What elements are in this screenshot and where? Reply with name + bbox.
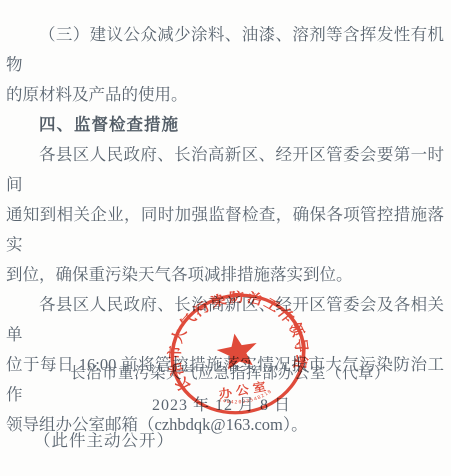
signature-date-line: 2023 年 12 月 8 日 bbox=[152, 392, 291, 415]
document-page: （三）建议公众减少涂料、油漆、溶剂等含挥发性有机物的原材料及产品的使用。四、监督… bbox=[0, 0, 451, 476]
disclosure-note: （此件主动公开） bbox=[34, 427, 174, 451]
document-line: 通知到相关企业，同时加强监督检查，确保各项管控措施落实 bbox=[6, 200, 444, 260]
document-line: 各县区人民政府、长治高新区、经开区管委会及各相关单 bbox=[6, 290, 444, 350]
document-line: （三）建议公众减少涂料、油漆、溶剂等含挥发性有机物 bbox=[6, 20, 444, 80]
signature-office-line: 长治市重污染天气应急指挥部办公室（代章） bbox=[70, 361, 390, 383]
document-line: 四、监督检查措施 bbox=[6, 110, 444, 140]
document-line: 各县区人民政府、长治高新区、经开区管委会要第一时间 bbox=[6, 140, 444, 200]
document-line: 到位，确保重污染天气各项减排措施落实到位。 bbox=[6, 260, 444, 290]
document-line: 的原材料及产品的使用。 bbox=[6, 80, 444, 110]
